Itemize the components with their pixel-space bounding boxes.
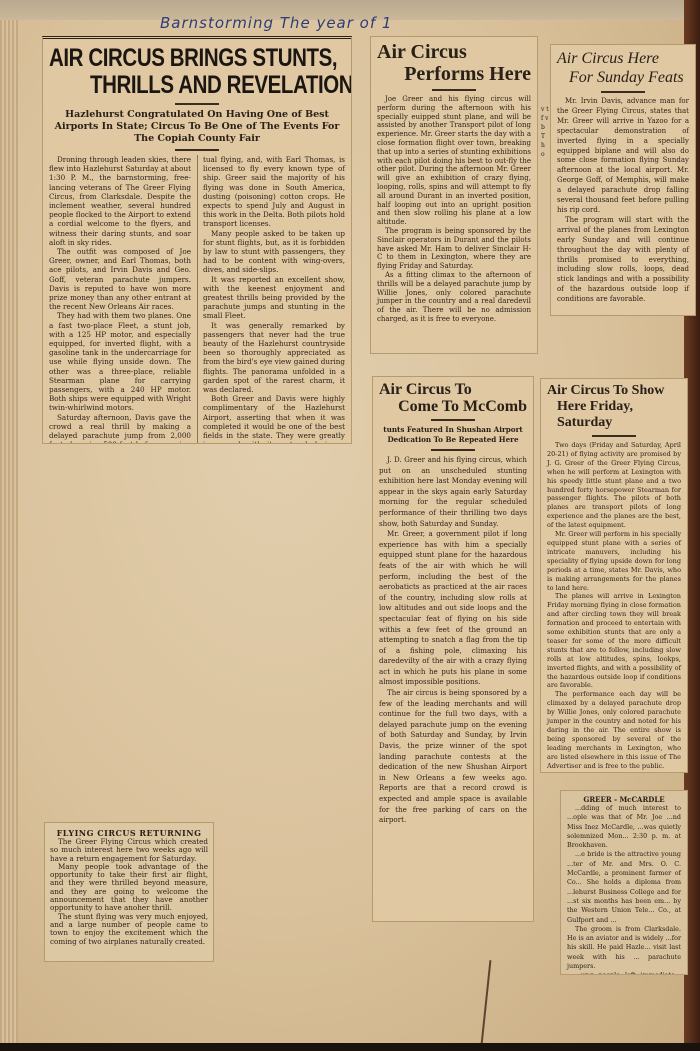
headline-line-1: Air Circus To Show <box>547 383 681 399</box>
clipping-flying-circus-returning: FLYING CIRCUS RETURNING The Greer Flying… <box>44 822 214 962</box>
page-stack-edges <box>0 20 18 1051</box>
paragraph: The program is being sponsored by the Si… <box>377 227 531 271</box>
clipping-greer-mccardle: GREER - McCARDLE ...dding of much intere… <box>560 790 688 975</box>
clipping-fragment-letters: v t f v b T h o <box>541 105 549 330</box>
headline-line-2: Here Friday, Saturday <box>547 399 681 431</box>
paragraph: The program will start with the arrival … <box>557 216 689 305</box>
article-body: The Greer Flying Circus which created so… <box>50 838 208 946</box>
paragraph: Droning through leaden skies, there flew… <box>49 155 191 247</box>
scrapbook-page: Barnstorming The year of 1 AIR CIRCUS BR… <box>0 0 700 1051</box>
headline-line-1: Air Circus To <box>379 381 527 398</box>
clipping-air-circus-brings-stunts: AIR CIRCUS BRINGS STUNTS, THRILLS AND RE… <box>42 36 352 444</box>
clipping-air-circus-to-mccomb: Air Circus To Come To McComb tunts Featu… <box>372 376 534 922</box>
handwritten-note: Barnstorming The year of 1 <box>160 14 392 32</box>
paragraph: Mr. Irvin Davis, advance man for the Gre… <box>557 97 689 216</box>
divider <box>175 103 219 105</box>
clipping-air-circus-performs-here: Air Circus Performs Here Joe Greer and h… <box>370 36 538 354</box>
paragraph: The Greer Flying Circus which created so… <box>50 838 208 863</box>
headline-line-2: THRILLS AND REVELATIONS <box>49 72 292 99</box>
divider <box>431 449 475 451</box>
divider <box>601 91 645 93</box>
paragraph: ...ung people left immediate... brief ho… <box>567 971 681 975</box>
article-body: Two days (Friday and Saturday, April 20-… <box>547 441 681 771</box>
paragraph: The outfit was composed of Joe Greer, ow… <box>49 247 191 311</box>
paragraph: tual flying, and, with Earl Thomas, is l… <box>203 155 345 229</box>
paragraph: The performance each day will be climaxe… <box>547 690 681 770</box>
clipping-title: GREER - McCARDLE <box>567 795 681 804</box>
paragraph: The groom is from Clarksdale. He is an a… <box>567 925 681 971</box>
paragraph: Two days (Friday and Saturday, April 20-… <box>547 441 681 530</box>
headline-line-2: For Sunday Feats <box>557 68 689 87</box>
article-body: ...dding of much interest to ...ople was… <box>567 804 681 975</box>
headline-line-2: Performs Here <box>377 63 531 85</box>
paragraph: Joe Greer and his flying circus will per… <box>377 95 531 227</box>
divider <box>432 89 476 91</box>
paragraph: The planes will arrive in Lexington Frid… <box>547 592 681 690</box>
headline-line-1: Air Circus <box>377 41 531 63</box>
paragraph: They had with them two planes. One a fas… <box>49 311 191 412</box>
headline-line-1: Air Circus Here <box>557 49 689 68</box>
paragraph: Many people took advantage of the opport… <box>50 863 208 913</box>
paragraph: Both Greer and Davis were highly complim… <box>203 394 345 444</box>
paragraph: The stunt flying was very much enjoyed, … <box>50 913 208 946</box>
headline-line-2: Come To McComb <box>379 398 527 415</box>
paragraph: Mr. Greer, a government pilot if long ex… <box>379 529 527 688</box>
divider <box>431 419 475 421</box>
article-body: J. D. Greer and his flying circus, which… <box>379 455 527 826</box>
headline-line-1: AIR CIRCUS BRINGS STUNTS, <box>49 45 292 72</box>
article-body: Mr. Irvin Davis, advance man for the Gre… <box>557 97 689 305</box>
paragraph: J. D. Greer and his flying circus, which… <box>379 455 527 529</box>
paper-crack <box>481 960 492 1045</box>
page-bottom-edge <box>0 1043 700 1051</box>
paragraph: As a fitting climax to the afternoon of … <box>377 271 531 324</box>
subheadline: tunts Featured In Shushan Airport Dedica… <box>379 425 527 445</box>
paragraph: ...dding of much interest to ...ople was… <box>567 804 681 850</box>
column-1: Droning through leaden skies, there flew… <box>49 155 191 444</box>
divider <box>592 435 636 437</box>
article-body: Droning through leaden skies, there flew… <box>49 155 345 444</box>
paragraph: It was generally remarked by passengers … <box>203 321 345 395</box>
paragraph: Saturday afternoon, Davis gave the crowd… <box>49 413 191 444</box>
clipping-air-circus-here-sunday: Air Circus Here For Sunday Feats Mr. Irv… <box>550 44 696 316</box>
subheadline: Hazlehurst Congratulated On Having One o… <box>49 109 345 145</box>
divider <box>175 149 219 151</box>
article-body: Joe Greer and his flying circus will per… <box>377 95 531 324</box>
paragraph: The air circus is being sponsored by a f… <box>379 688 527 826</box>
paragraph: Mr. Greer will perform in his specially … <box>547 530 681 592</box>
column-2: tual flying, and, with Earl Thomas, is l… <box>197 155 345 444</box>
paragraph: ...e bride is the attractive young ...te… <box>567 850 681 924</box>
clipping-air-circus-friday-saturday: Air Circus To Show Here Friday, Saturday… <box>540 378 688 773</box>
paragraph: Many people asked to be taken up for stu… <box>203 229 345 275</box>
paragraph: It was reported an excellent show, with … <box>203 275 345 321</box>
